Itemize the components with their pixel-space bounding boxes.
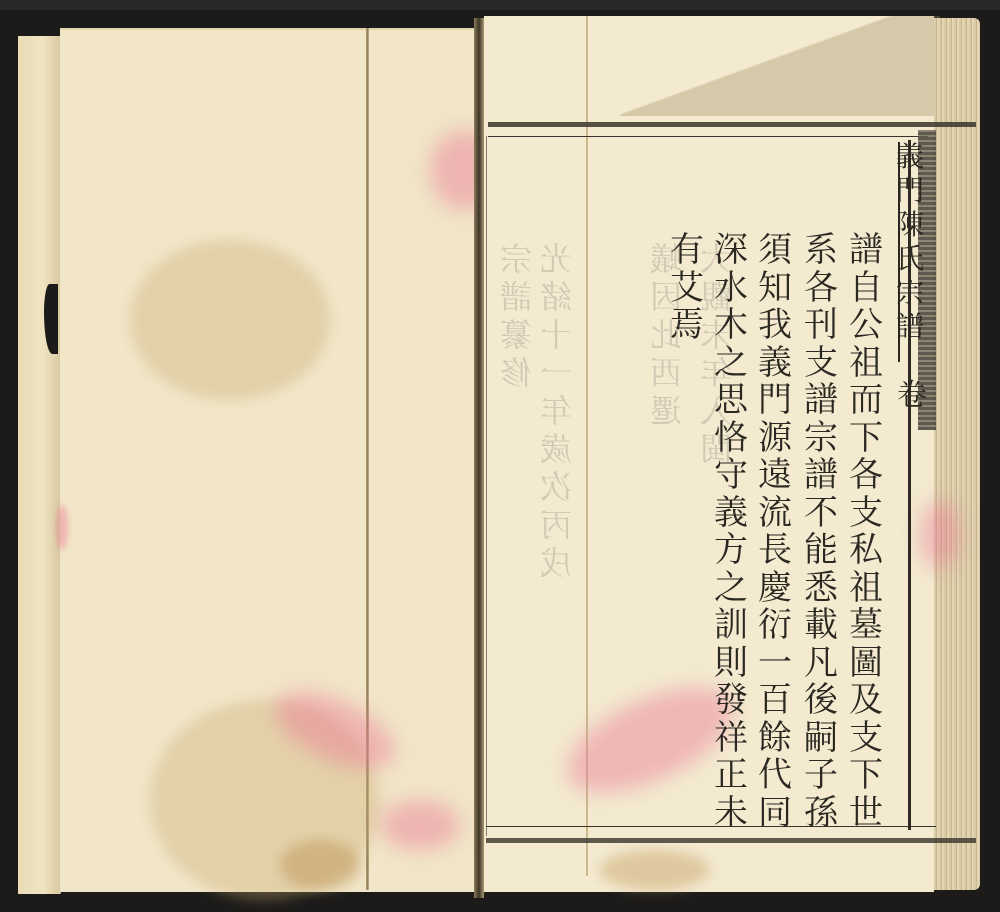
text-column-2: 系各刊支譜宗譜不能悉載凡後嗣子孫 bbox=[801, 232, 841, 832]
background-strip bbox=[0, 0, 1000, 10]
pink-stain bbox=[380, 800, 460, 850]
volume-marker: 卷 bbox=[897, 370, 927, 414]
text-column-4: 深水木之思恪守義方之訓則發祥正未 bbox=[711, 232, 751, 832]
pink-stain bbox=[920, 500, 960, 570]
text-column-3: 須知我義門源遠流長慶衍一百餘代同 bbox=[755, 232, 795, 832]
book-gutter bbox=[474, 18, 484, 898]
folded-corner bbox=[620, 16, 940, 116]
water-stain bbox=[130, 240, 330, 400]
bleed-through-column: 宗譜纂修 bbox=[500, 240, 532, 392]
frame-border-top-inner bbox=[488, 136, 928, 137]
bleed-through-column: 光緒十一年歲次丙戌 bbox=[540, 240, 572, 582]
text-column-5: 有艾焉 bbox=[667, 232, 707, 345]
pink-stain bbox=[56, 505, 68, 550]
frame-border-bottom bbox=[486, 838, 976, 843]
paper-tear bbox=[44, 284, 58, 354]
page-stack-edges bbox=[934, 18, 980, 890]
frame-border-top bbox=[488, 122, 976, 127]
water-stain bbox=[600, 850, 710, 890]
frame-border-left bbox=[486, 136, 487, 836]
text-column-1: 譜自公祖而下各支私祖墓圖及支下世 bbox=[846, 232, 886, 832]
water-stain bbox=[280, 840, 360, 890]
margin-title: 義門陳氏宗譜 bbox=[893, 140, 927, 344]
left-page-flap bbox=[18, 36, 61, 894]
